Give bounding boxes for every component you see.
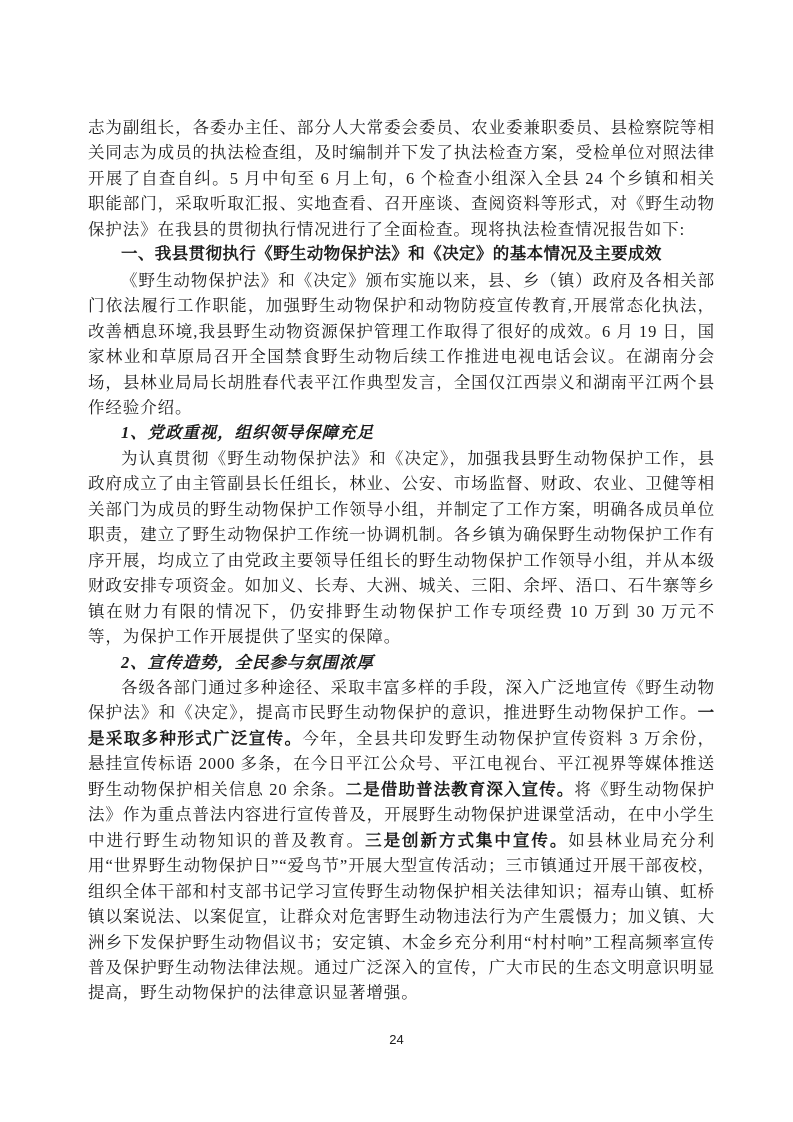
bold-run-third-measure: 三是创新方式集中宣传。 xyxy=(365,831,568,850)
paragraph-overview: 《野生动物保护法》和《决定》颁布实施以来，县、乡（镇）政府及各相关部门依法履行工… xyxy=(88,268,715,421)
subsection-heading-publicity: 2、宣传造势，全民参与氛围浓厚 xyxy=(88,650,715,675)
paragraph-leadership-funding: 为认真贯彻《野生动物保护法》和《决定》，加强我县野生动物保护工作，县政府成立了由… xyxy=(88,446,715,650)
text-run: 如县林业局充分利用“世界野生动物保护日”“爱鸟节”开展大型宣传活动；三市镇通过开… xyxy=(88,831,715,1003)
section-heading-basic-situation: 一、我县贯彻执行《野生动物保护法》和《决定》的基本情况及主要成效 xyxy=(88,242,715,267)
paragraph-publicity: 各级各部门通过多种途径、采取丰富多样的手段，深入广泛地宣传《野生动物保护法》和《… xyxy=(88,675,715,1006)
paragraph-continuation: 志为副组长，各委办主任、部分人大常委会委员、农业委兼职委员、县检察院等相关同志为… xyxy=(88,115,715,242)
bold-run-second-measure: 二是借助普法教育深入宣传。 xyxy=(346,780,575,799)
subsection-heading-party-government: 1、党政重视，组织领导保障充足 xyxy=(88,420,715,445)
document-content: 志为副组长，各委办主任、部分人大常委会委员、农业委兼职委员、县检察院等相关同志为… xyxy=(88,115,715,1006)
document-page: 志为副组长，各委办主任、部分人大常委会委员、农业委兼职委员、县检察院等相关同志为… xyxy=(0,0,793,1122)
text-run: 各级各部门通过多种途径、采取丰富多样的手段，深入广泛地宣传《野生动物保护法》和《… xyxy=(88,678,715,722)
page-number: 24 xyxy=(389,1032,403,1047)
page-footer: 24 xyxy=(0,1032,793,1047)
